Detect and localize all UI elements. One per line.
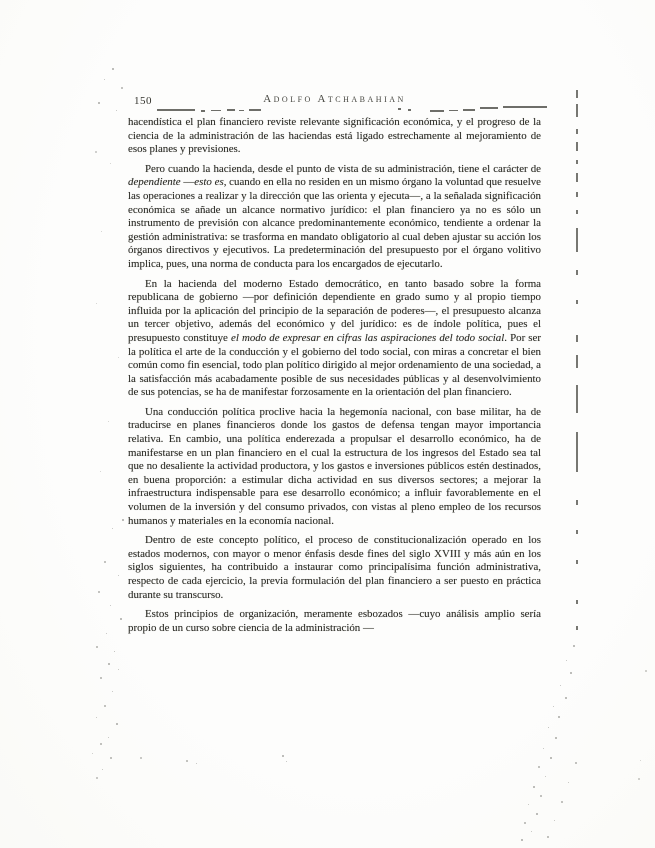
scan-speck bbox=[110, 605, 111, 606]
scan-speck bbox=[566, 660, 567, 661]
scan-speck bbox=[108, 737, 109, 738]
scan-speck bbox=[560, 685, 561, 686]
page-edge-mark bbox=[576, 432, 578, 472]
scan-speck bbox=[553, 706, 554, 707]
page-edge-mark bbox=[576, 192, 578, 197]
scan-speck bbox=[531, 831, 532, 832]
text-run: , cuando en ella no residen en un mismo … bbox=[128, 176, 541, 270]
scan-speck bbox=[118, 357, 119, 358]
scan-speck bbox=[104, 561, 106, 563]
scan-speck bbox=[112, 68, 114, 70]
page-edge-mark bbox=[576, 335, 578, 342]
scan-speck bbox=[558, 716, 560, 718]
scan-speck bbox=[104, 705, 106, 707]
scan-speck bbox=[640, 760, 641, 761]
italic-run: esto es bbox=[194, 176, 223, 188]
header-rule-segment bbox=[463, 109, 475, 111]
page-edge-mark bbox=[576, 228, 578, 252]
scan-speck bbox=[116, 723, 118, 725]
running-header-author: Adolfo Atchabahian bbox=[128, 93, 541, 105]
scan-speck bbox=[96, 717, 97, 718]
scan-speck bbox=[570, 672, 572, 674]
scan-speck bbox=[528, 804, 529, 805]
scan-speck bbox=[638, 778, 640, 780]
scan-speck bbox=[101, 231, 102, 232]
header-rule-segment bbox=[398, 108, 401, 110]
scan-speck bbox=[555, 737, 557, 739]
scan-speck bbox=[114, 651, 115, 652]
text-run: Estos principios de organización, merame… bbox=[128, 608, 541, 634]
scan-speck bbox=[95, 151, 97, 153]
page-edge-mark bbox=[576, 104, 578, 117]
page-edge-mark bbox=[576, 270, 578, 275]
scan-speck bbox=[96, 646, 98, 648]
header-rule-segment bbox=[249, 109, 261, 111]
header-rule-segment bbox=[239, 110, 244, 111]
page-edge-mark bbox=[576, 560, 578, 564]
page-edge-mark bbox=[576, 210, 578, 214]
scan-speck bbox=[524, 822, 526, 824]
paragraph: Pero cuando la hacienda, desde el punto … bbox=[128, 163, 541, 272]
text-run: hacendística el plan financiero reviste … bbox=[128, 116, 541, 155]
page-edge-mark bbox=[576, 530, 578, 534]
scan-speck bbox=[550, 757, 552, 759]
page-text: hacendística el plan financiero reviste … bbox=[128, 116, 541, 635]
page-edge-mark bbox=[576, 142, 578, 151]
scan-speck bbox=[538, 766, 540, 768]
scan-speck bbox=[112, 528, 113, 529]
text-run: — bbox=[181, 176, 195, 188]
header-rule-segment bbox=[480, 107, 498, 109]
page-edge-mark bbox=[576, 385, 578, 413]
scan-speck bbox=[122, 519, 124, 521]
scan-speck bbox=[92, 753, 93, 754]
scan-speck bbox=[568, 782, 569, 783]
scan-speck bbox=[110, 757, 112, 759]
scan-speck bbox=[540, 795, 542, 797]
page-edge-mark bbox=[576, 626, 578, 630]
scan-speck bbox=[554, 820, 555, 821]
page-edge-mark bbox=[576, 600, 578, 604]
text-run: Dentro de este concepto político, el pro… bbox=[128, 534, 541, 600]
scan-speck bbox=[98, 591, 100, 593]
scan-speck bbox=[543, 748, 544, 749]
scan-speck bbox=[118, 575, 119, 576]
header-rule-segment bbox=[201, 110, 205, 112]
page-edge-mark bbox=[576, 300, 578, 304]
paragraph: hacendística el plan financiero reviste … bbox=[128, 116, 541, 157]
scan-speck bbox=[536, 813, 538, 815]
scan-speck bbox=[561, 801, 563, 803]
header-rule-segment bbox=[211, 110, 221, 111]
header-rule-segment bbox=[449, 110, 458, 111]
scan-speck bbox=[120, 618, 122, 620]
paragraph: Estos principios de organización, merame… bbox=[128, 608, 541, 635]
text-run: Una conducción política proclive hacia l… bbox=[128, 406, 541, 527]
scan-speck bbox=[100, 677, 102, 679]
scan-speck bbox=[102, 769, 103, 770]
paragraph: Dentro de este concepto político, el pro… bbox=[128, 534, 541, 602]
scan-speck bbox=[100, 471, 101, 472]
scan-speck bbox=[565, 697, 567, 699]
scan-speck bbox=[108, 421, 109, 422]
scan-speck bbox=[140, 757, 142, 759]
scan-speck bbox=[104, 79, 105, 80]
scan-speck bbox=[575, 762, 577, 764]
scan-speck bbox=[98, 102, 100, 104]
scan-speck bbox=[548, 727, 549, 728]
header-rule-segment bbox=[157, 109, 195, 111]
scan-speck bbox=[573, 645, 575, 647]
scan-speck bbox=[108, 663, 110, 665]
paragraph: En la hacienda del moderno Estado democr… bbox=[128, 278, 541, 400]
scan-speck bbox=[282, 755, 284, 757]
scan-speck bbox=[645, 670, 647, 672]
paragraph: Una conducción política proclive hacia l… bbox=[128, 406, 541, 528]
scan-speck bbox=[110, 163, 111, 164]
scan-speck bbox=[196, 763, 197, 764]
scan-speck bbox=[547, 836, 549, 838]
scan-speck bbox=[96, 303, 97, 304]
scan-speck bbox=[106, 633, 107, 634]
header-rule-segment bbox=[227, 109, 235, 111]
scan-speck bbox=[118, 669, 119, 670]
page-edge-mark bbox=[576, 173, 578, 182]
page-edge-mark bbox=[576, 500, 578, 505]
header-rule-segment bbox=[430, 110, 444, 112]
scan-speck bbox=[116, 110, 117, 111]
text-run: Pero cuando la hacienda, desde el punto … bbox=[145, 163, 541, 175]
scan-speck bbox=[100, 743, 102, 745]
page-edge-mark bbox=[576, 160, 578, 164]
scan-speck bbox=[121, 87, 123, 89]
page-edge-mark bbox=[576, 129, 578, 134]
italic-run: dependiente bbox=[128, 176, 181, 188]
header-rule-segment bbox=[408, 109, 411, 111]
italic-run: el modo de expresar en cifras las aspira… bbox=[231, 332, 504, 344]
scan-speck bbox=[286, 761, 287, 762]
header-rule-segment bbox=[503, 106, 547, 108]
scan-speck bbox=[545, 776, 546, 777]
scanned-book-page: 150 Adolfo Atchabahian hacendística el p… bbox=[0, 0, 655, 848]
page-edge-mark bbox=[576, 355, 578, 368]
page-edge-mark bbox=[576, 90, 578, 98]
scan-speck bbox=[112, 691, 113, 692]
scan-speck bbox=[96, 777, 98, 779]
scan-speck bbox=[186, 760, 188, 762]
scan-speck bbox=[521, 839, 523, 841]
scan-speck bbox=[533, 786, 535, 788]
